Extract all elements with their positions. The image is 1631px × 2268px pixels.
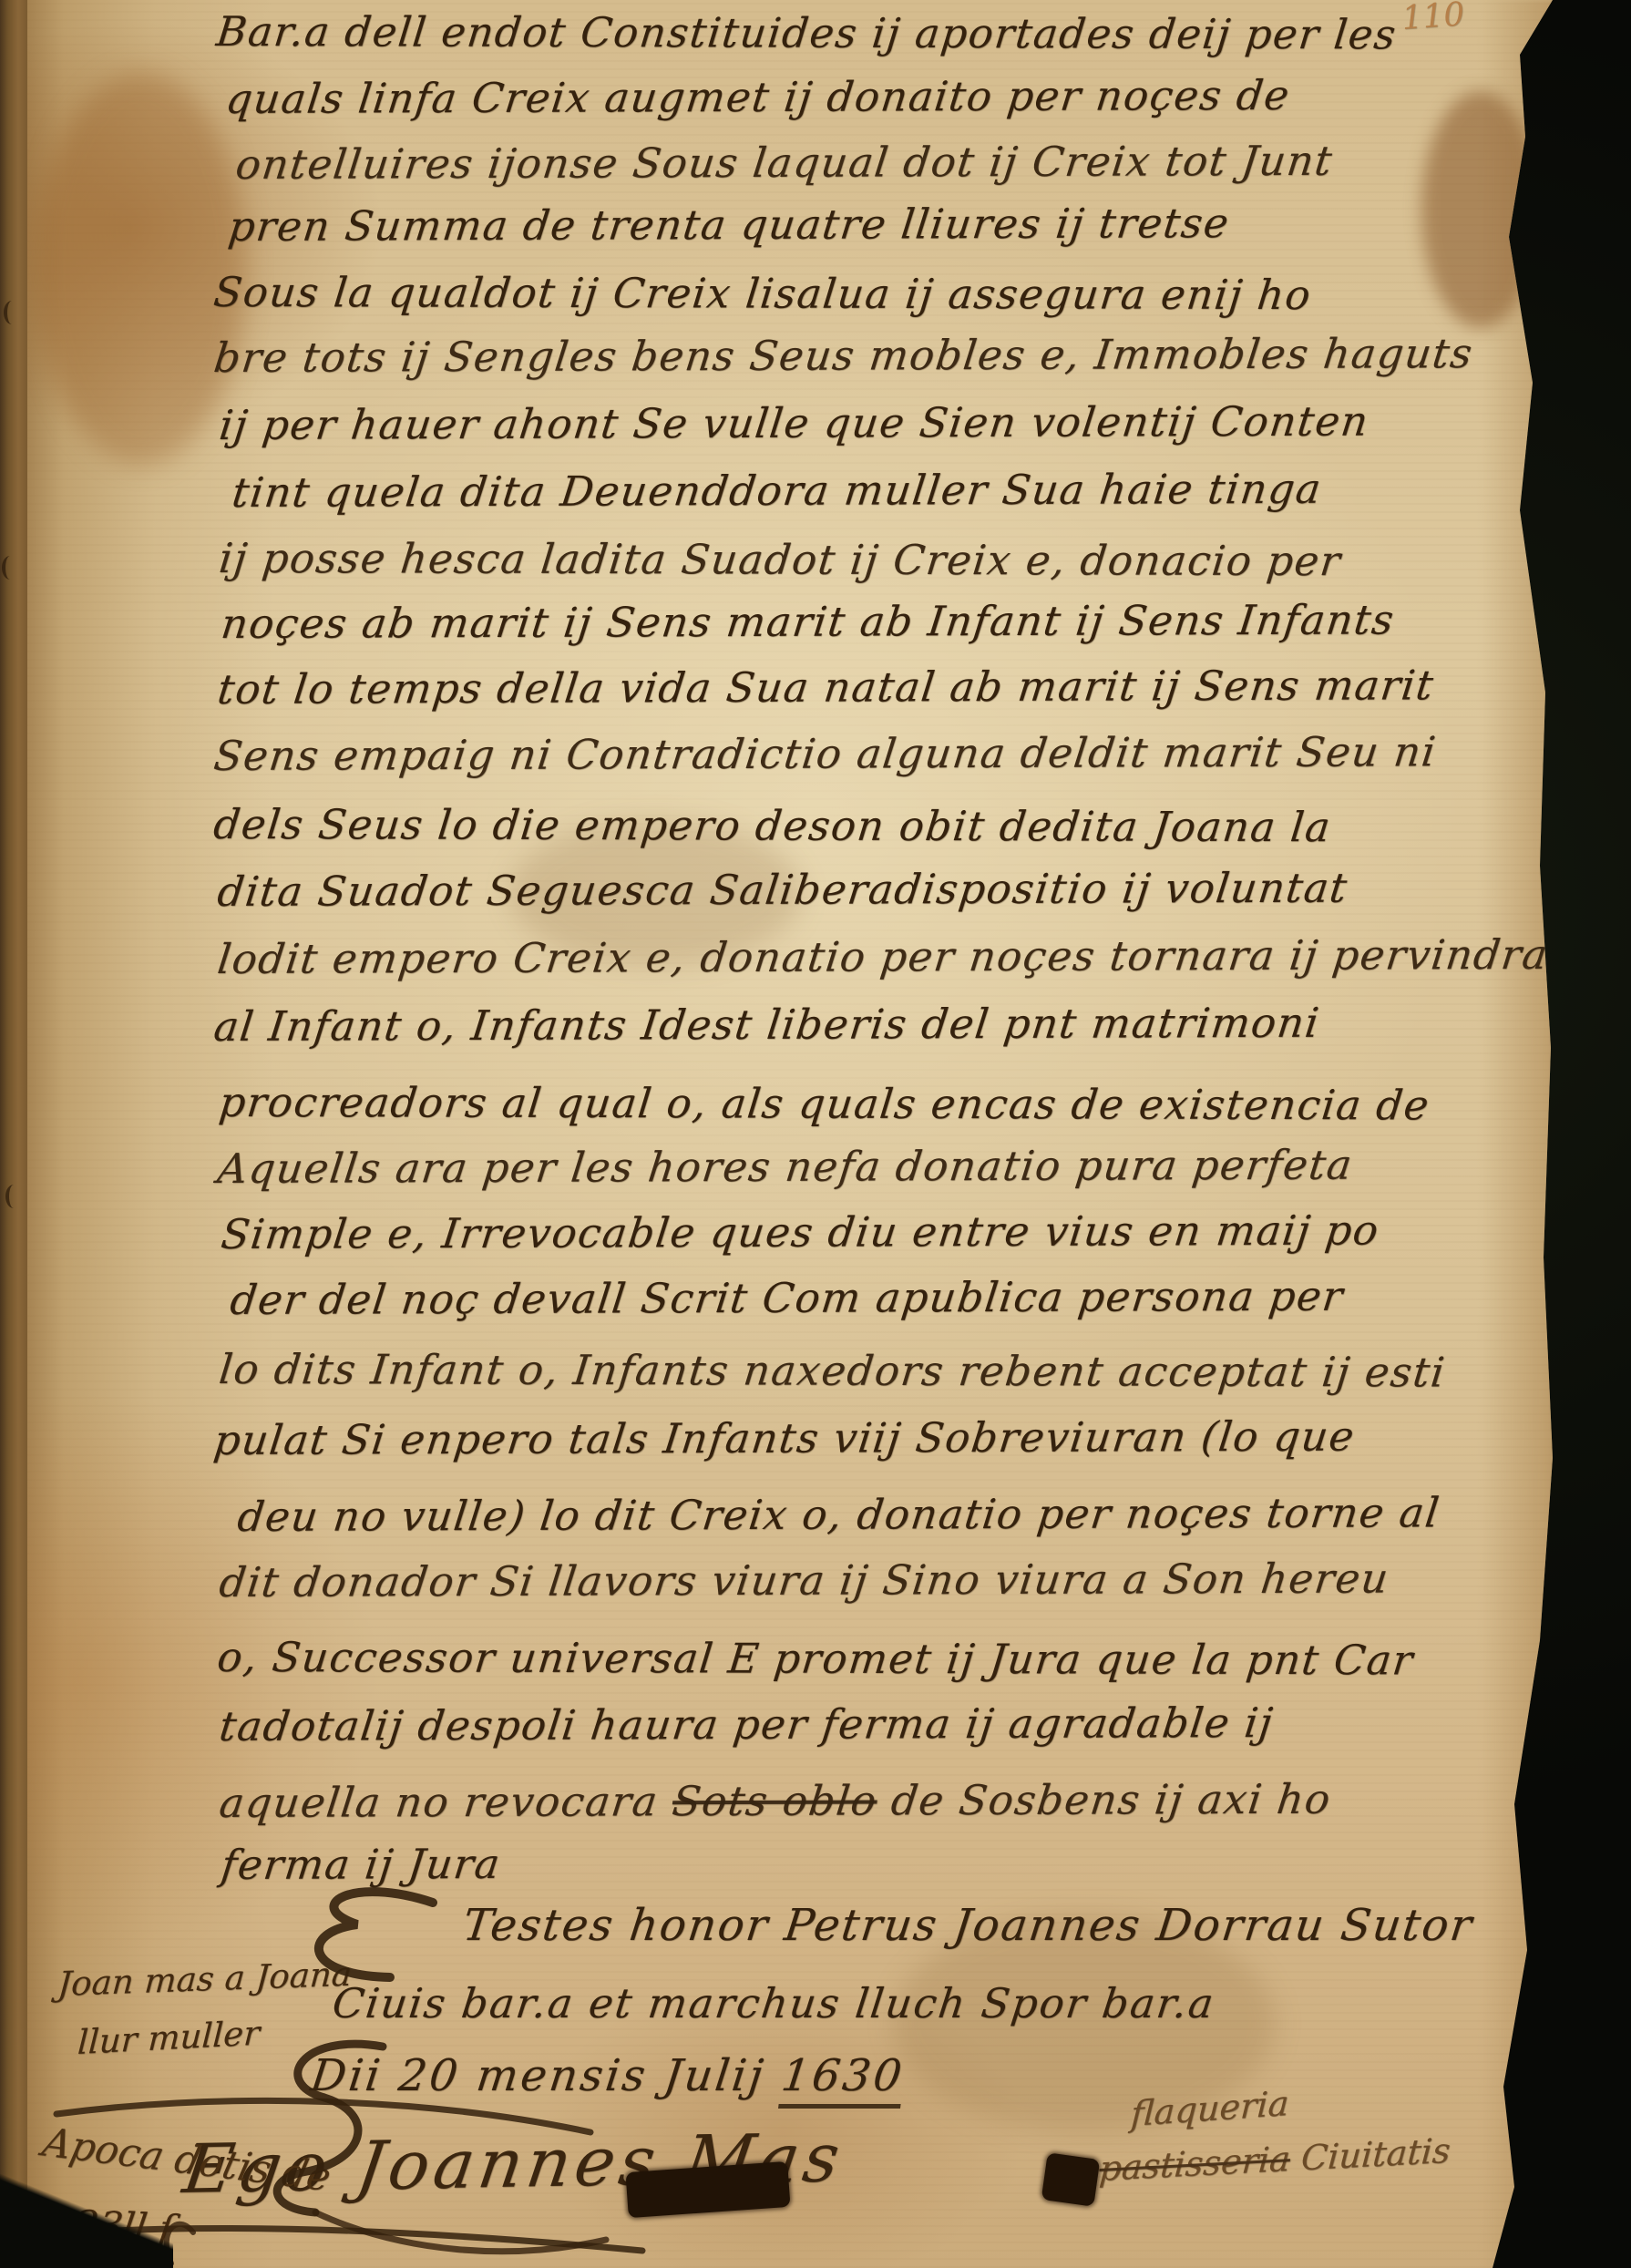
ink-blot <box>1041 2152 1101 2207</box>
witness-line-2: Ciuis bar.a et marchus lluch Spor bar.a <box>330 1979 1217 2027</box>
manuscript-line: lo dits Infant o, Infants naxedors reben… <box>217 1345 1448 1397</box>
margin-note-parties-2: llur muller <box>77 2014 261 2062</box>
manuscript-line: tot lo temps della vida Sua natal ab mar… <box>215 661 1437 713</box>
date-year: 1630 <box>778 2050 908 2109</box>
manuscript-line: dit donador Si llavors viura ij Sino viu… <box>217 1555 1392 1606</box>
manuscript-line: Aquells ara per les hores nefa donatio p… <box>215 1141 1356 1193</box>
manuscript-line: al Infant o, Infants Idest liberis del p… <box>211 999 1323 1051</box>
manuscript-line: aquella no revocara Sots oblo de Sosbens… <box>217 1775 1334 1827</box>
manuscript-line: Bar.a dell endot Constituides ij aportad… <box>214 7 1400 58</box>
manuscript-line: noçes ab marit ij Sens marit ab Infant i… <box>219 596 1398 648</box>
manuscript-line: Sous la qualdot ij Creix lisalua ij asse… <box>211 268 1314 319</box>
page-number: 110 <box>1400 0 1465 37</box>
struck-trade-line: pastisseria Ciuitatis <box>1098 2130 1451 2189</box>
witness-line-1: Testes honor Petrus Joannes Dorrau Sutor <box>460 1900 1476 1951</box>
manuscript-line: tint quela dita Deuenddora muller Sua ha… <box>230 465 1325 517</box>
manuscript-line: pulat Si enpero tals Infants viij Sobrev… <box>211 1412 1358 1464</box>
manuscript-line: procreadors al qual o, als quals encas d… <box>217 1078 1432 1129</box>
margin-note-parties-1: Joan mas a Joana <box>56 1955 354 2004</box>
manuscript-line: ij per hauer ahont Se vulle que Sien vol… <box>217 397 1371 449</box>
previous-page-ink-mark <box>4 301 20 324</box>
manuscript-line: dels Seus lo die empero deson obit dedit… <box>211 800 1334 851</box>
manuscript-line: deu no vulle) lo dit Creix o, donatio pe… <box>235 1488 1442 1541</box>
manuscript-line: ij posse hesca ladita Suadot ij Creix e,… <box>217 534 1344 585</box>
struck-word: pastisseria <box>1098 2139 1292 2189</box>
struck-text: Sots oblo <box>670 1776 880 1825</box>
photo-corner-shadow <box>0 2169 173 2268</box>
date-prefix: Dii 20 mensis Julij <box>308 2050 785 2101</box>
manuscript-photo: 110 Bar.a dell endot Constituides ij apo… <box>0 0 1631 2268</box>
manuscript-line: bre tots ij Sengles bens Seus mobles e, … <box>211 329 1476 382</box>
manuscript-line: o, Successor universal E promet ij Jura … <box>215 1633 1416 1684</box>
manuscript-line: lodit empero Creix e, donatio per noçes … <box>215 930 1551 983</box>
city-word: Ciuitatis <box>1288 2130 1451 2179</box>
manuscript-line: quals linfa Creix augmet ij donaito per … <box>223 71 1293 123</box>
date-line: Dii 20 mensis Julij 1630 <box>308 2050 908 2101</box>
previous-page-ink-mark <box>5 1185 22 1208</box>
manuscript-line: Simple e, Irrevocable ques diu entre viu… <box>219 1206 1382 1258</box>
parchment-page: 110 Bar.a dell endot Constituides ij apo… <box>0 0 1631 2268</box>
manuscript-line: tadotalij despoli haura per ferma ij agr… <box>217 1698 1277 1750</box>
manuscript-line: dita Suadot Seguesca Saliberadispositio … <box>215 864 1350 916</box>
manuscript-line: ontelluires ijonse Sous laqual dot ij Cr… <box>233 137 1336 189</box>
parchment-stain <box>36 73 246 465</box>
manuscript-line: pren Summa de trenta quatre lliures ij t… <box>226 199 1233 251</box>
previous-page-ink-mark <box>2 556 18 580</box>
manuscript-line: ferma ij Jura <box>219 1840 504 1889</box>
manuscript-line: der del noç devall Scrit Com apublica pe… <box>228 1272 1347 1324</box>
deckle-edge-shading <box>1485 0 1595 2268</box>
manuscript-line: Sens empaig ni Contradictio alguna deldi… <box>211 727 1439 780</box>
paraph-tail <box>315 2212 606 2252</box>
